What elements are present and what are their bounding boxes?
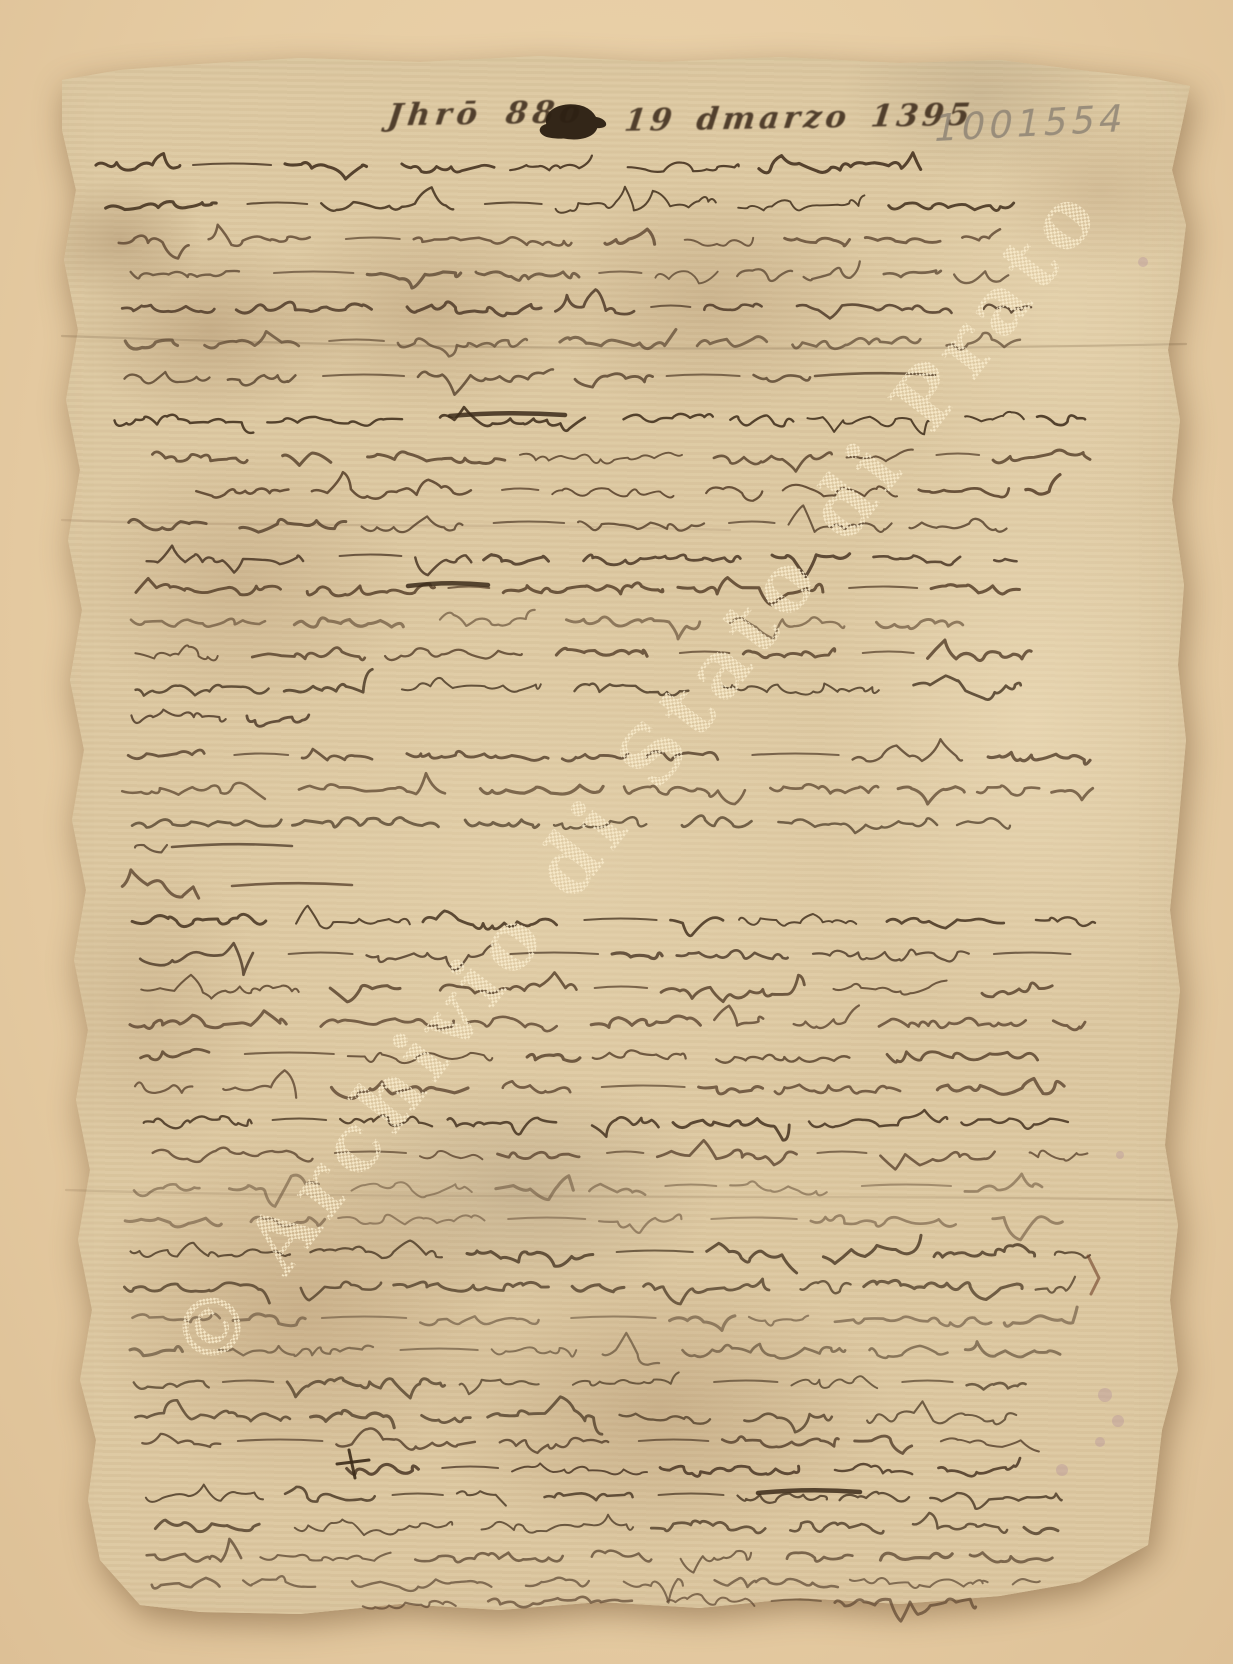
header-date: 19 dmarzo 1395 — [622, 97, 975, 139]
manuscript-scan: { "document": { "kind": "handwritten man… — [0, 0, 1233, 1664]
